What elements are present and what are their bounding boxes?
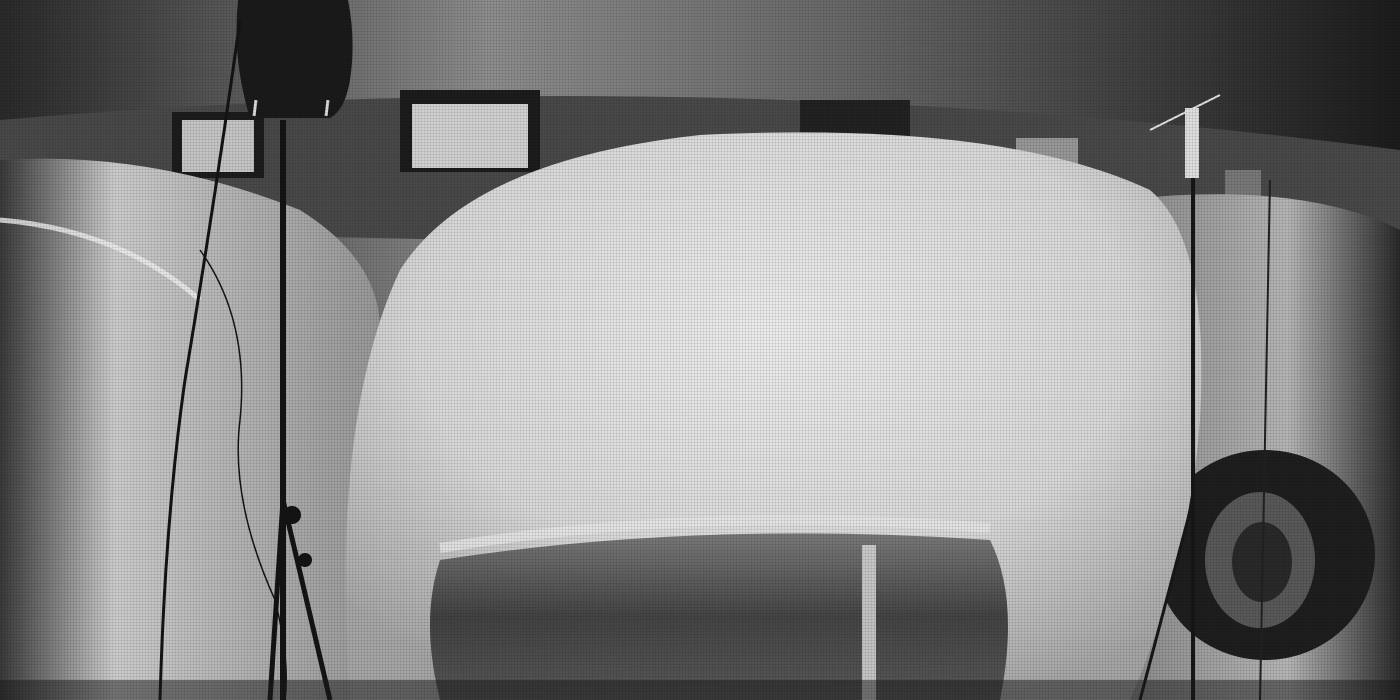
photo-illustration [0,0,1400,700]
left-covered-car [0,159,380,700]
car-front-grille [430,533,1008,700]
lamp-head [237,0,353,118]
photo-scene: Black-and-white halftone photograph of c… [0,0,1400,700]
